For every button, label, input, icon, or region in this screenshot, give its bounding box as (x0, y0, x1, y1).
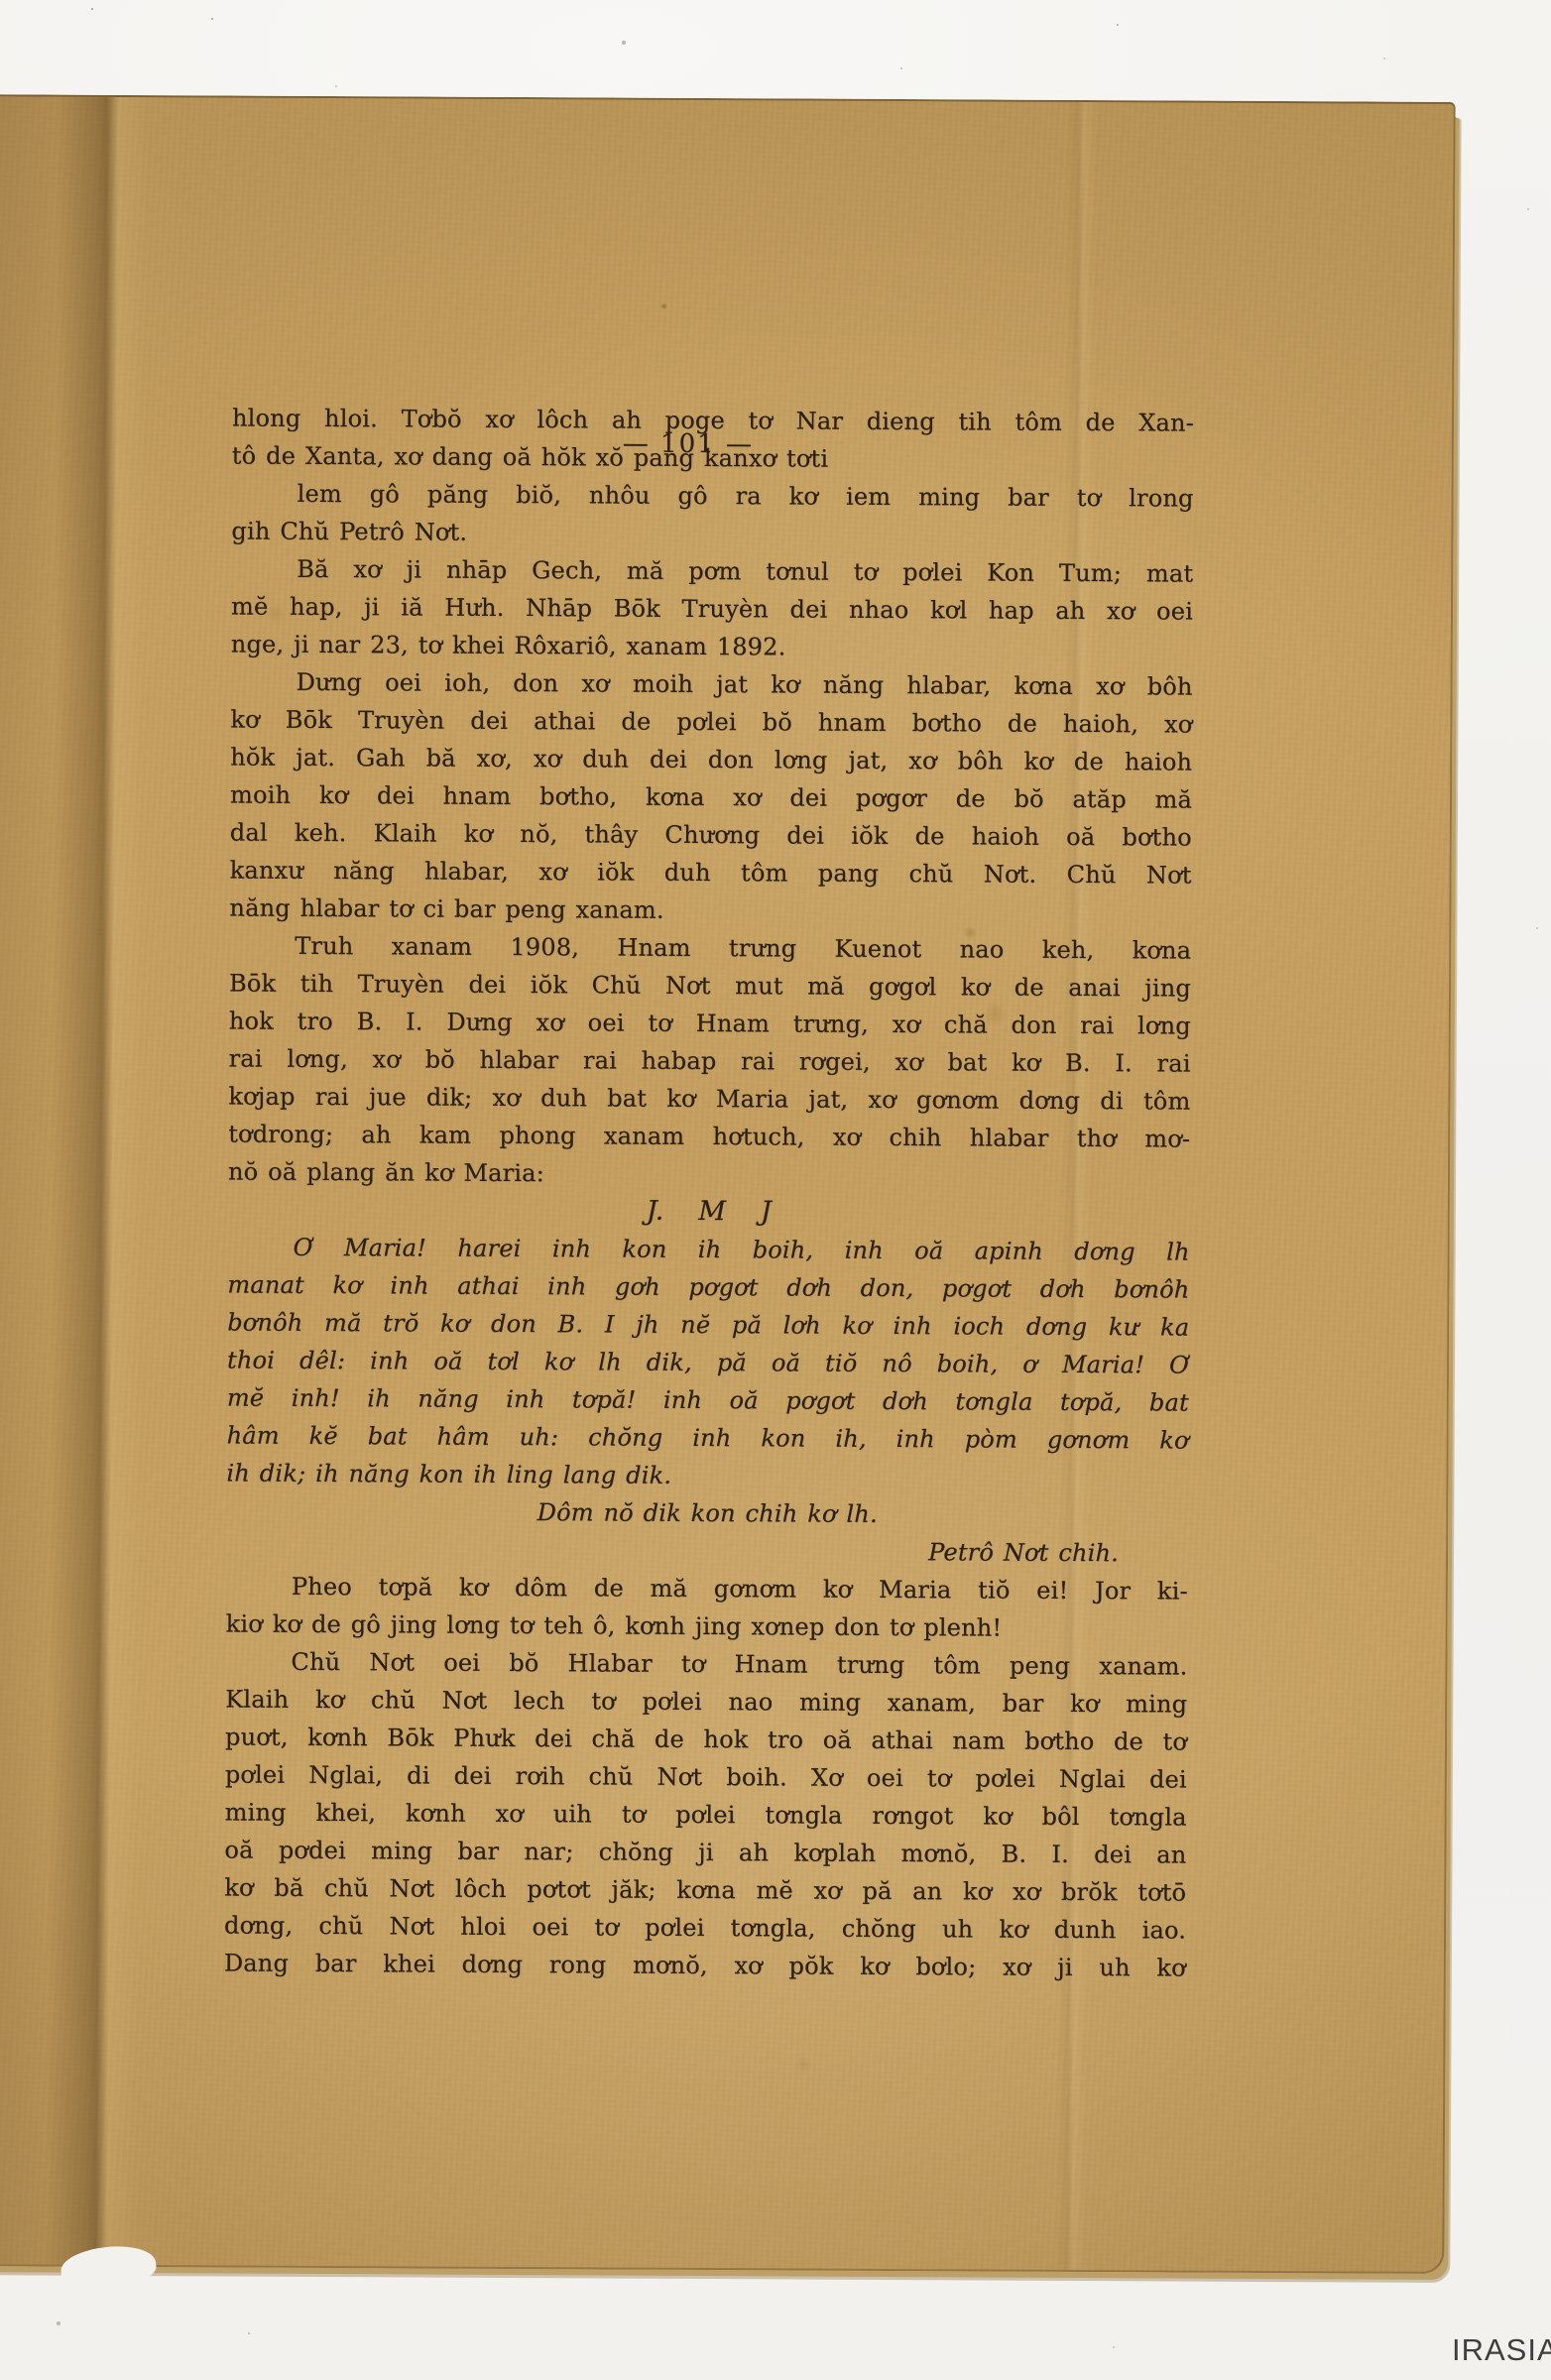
text-line: nge, ji nar 23, tơ khei Rôxariô, xanam 1… (231, 626, 1193, 668)
text-line: kanxư năng hlabar, xơ iŏk duh tôm pang c… (230, 851, 1192, 893)
text-line: Bă xơ ji nhāp Gech, mă pơm tơnul tơ pơle… (231, 550, 1193, 593)
text-line: kiơ kơ de gô jing lơng tơ teh ô, kơnh ji… (226, 1605, 1188, 1647)
paragraph: Truh xanam 1908, Hnam trưng Kuenot nao k… (228, 926, 1191, 1195)
text-line: dal keh. Klaih kơ nŏ, thây Chương dei iŏ… (230, 813, 1192, 856)
text-line: J. M J (228, 1190, 1190, 1233)
paragraph: Chŭ Nơt oei bŏ Hlabar tơ Hnam trưng tôm … (224, 1642, 1188, 1986)
text-line: oă pơdei ming bar nar; chŏng ji ah kơpla… (224, 1831, 1186, 1873)
text-line: puơt, kơnh Bōk Phưk dei chă de hok tro o… (225, 1718, 1187, 1760)
paragraph: Ơ Maria! harei inh kon ih boih, inh oă a… (226, 1228, 1189, 1496)
paragraph: Dưng oei ioh, don xơ moih jat kơ năng hl… (229, 663, 1192, 932)
paragraph: lem gô păng biŏ, nhôu gô ra kơ iem ming … (231, 475, 1193, 555)
text-line: ih dik; ih năng kon ih ling lang dik. (226, 1454, 1188, 1496)
scanned-document: — 101 — hlong hloi. Tơbŏ xơ lôch ah poge… (0, 0, 1551, 2380)
text-line: tơdrong; ah kam phong xanam hơtuch, xơ c… (228, 1115, 1190, 1157)
paragraph: Petrô Nơt chih. (226, 1529, 1188, 1572)
text-line: hlong hloi. Tơbŏ xơ lôch ah poge tơ Nar … (232, 400, 1194, 442)
text-line: lem gô păng biŏ, nhôu gô ra kơ iem ming … (232, 475, 1194, 518)
torn-edge-notch (60, 2242, 158, 2291)
text-line: rai lơng, xơ bŏ hlabar rai habap rai rơg… (229, 1039, 1191, 1082)
text-column: hlong hloi. Tơbŏ xơ lôch ah poge tơ Nar … (224, 400, 1194, 1987)
paragraph: Dôm nŏ dik kon chih kơ lh. (226, 1491, 1188, 1534)
text-line: Dôm nŏ dik kon chih kơ lh. (226, 1491, 1188, 1534)
text-line: manat kơ inh athai inh gơh pơgơt dơh don… (227, 1265, 1189, 1308)
book-page-paper: — 101 — hlong hloi. Tơbŏ xơ lôch ah poge… (0, 94, 1456, 2274)
scanner-dust (0, 0, 2, 2)
text-line: Pheo tơpă kơ dôm de mă gơnơm kơ Maria ti… (226, 1567, 1188, 1609)
text-line: tô de Xanta, xơ dang oă hŏk xŏ pang kanx… (232, 437, 1194, 480)
text-line: Bōk tih Truyèn dei iŏk Chŭ Nơt mut mă gơ… (229, 964, 1191, 1007)
text-line: hâm kĕ bat hâm uh: chŏng inh kon ih, inh… (227, 1416, 1189, 1459)
text-line: năng hlabar tơ ci bar peng xanam. (229, 889, 1191, 931)
text-line: dơng, chŭ Nơt hloi oei tơ pơlei tơngla, … (224, 1906, 1186, 1949)
text-line: kơ bă chŭ Nơt lôch pơtơt jăk; kơna mĕ xơ… (224, 1868, 1186, 1911)
paragraph: Pheo tơpă kơ dôm de mă gơnơm kơ Maria ti… (226, 1567, 1188, 1647)
text-line: Dưng oei ioh, don xơ moih jat kơ năng hl… (231, 663, 1193, 706)
text-line: gih Chŭ Petrô Nơt. (231, 513, 1193, 555)
text-line: nŏ oă plang ăn kơ Maria: (228, 1152, 1190, 1195)
text-line: hok tro B. I. Dưng xơ oei tơ Hnam trưng,… (229, 1002, 1191, 1044)
text-line: hŏk jat. Gah bă xơ, xơ duh dei don lơng … (230, 739, 1192, 781)
binding-fold-shadow (0, 96, 189, 2265)
text-line: mĕ hap, ji iă Hưh. Nhāp Bōk Truyèn dei n… (231, 588, 1193, 631)
text-line: Ơ Maria! harei inh kon ih boih, inh oă a… (228, 1228, 1190, 1270)
text-line: Petrô Nơt chih. (226, 1529, 1188, 1572)
paragraph: J. M J (228, 1190, 1190, 1233)
text-line: thoi dêl: inh oă tơl kơ lh dik, pă oă ti… (227, 1341, 1189, 1383)
text-line: Klaih kơ chŭ Nơt lech tơ pơlei nao ming … (225, 1680, 1187, 1723)
text-line: kơjap rai jue dik; xơ duh bat kơ Maria j… (228, 1077, 1190, 1120)
paragraph: Bă xơ ji nhāp Gech, mă pơm tơnul tơ pơle… (231, 550, 1194, 668)
text-line: mĕ inh! ih năng inh tơpă! inh oă pơgơt d… (227, 1378, 1189, 1421)
text-line: bơnôh mă trŏ kơ don B. I jh nĕ pă lơh kơ… (227, 1303, 1189, 1346)
text-line: moih kơ dei hnam bơtho, kơna xơ dei pơgơ… (230, 776, 1192, 819)
paragraph: hlong hloi. Tơbŏ xơ lôch ah poge tơ Nar … (232, 400, 1194, 480)
text-line: Chŭ Nơt oei bŏ Hlabar tơ Hnam trưng tôm … (225, 1642, 1187, 1685)
text-line: ming khei, kơnh xơ uih tơ pơlei tơngla r… (225, 1793, 1187, 1836)
text-line: kơ Bōk Truyèn dei athai de pơlei bŏ hnam… (230, 701, 1192, 744)
text-line: Truh xanam 1908, Hnam trưng Kuenot nao k… (229, 926, 1191, 969)
watermark-label: IRASIA (1452, 2334, 1551, 2365)
text-line: pơlei Nglai, di dei rơih chŭ Nơt boih. X… (225, 1755, 1187, 1798)
text-line: Dang bar khei dơng rong mơnŏ, xơ pŏk kơ … (224, 1944, 1186, 1986)
